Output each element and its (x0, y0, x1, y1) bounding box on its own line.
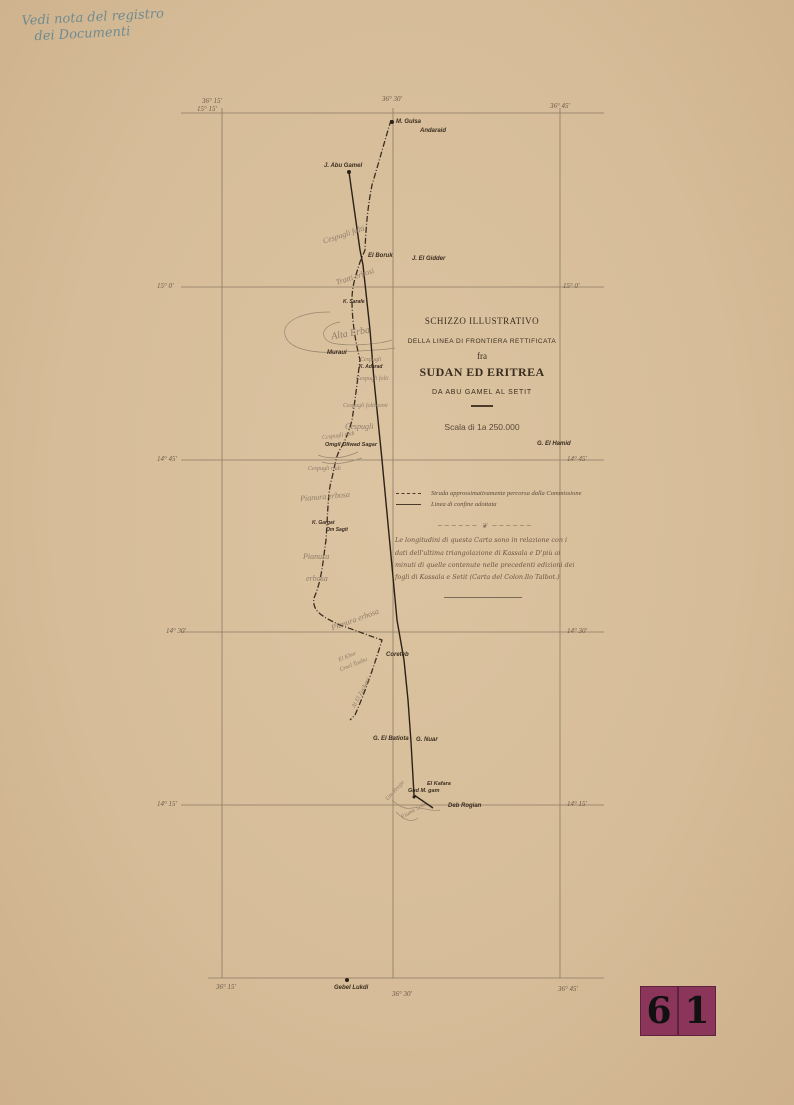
title-rule (471, 405, 493, 407)
lat-label-4-right: 14° 30' (567, 627, 587, 635)
title-line-4: SUDAN ED ERITREA (394, 365, 570, 380)
legend-label-boundary: Linea di confine adottata (431, 501, 497, 508)
terrain-pianura: Pianura (303, 552, 329, 561)
place-coreteb: Coreteb (386, 652, 409, 658)
title-line-2: DELLA LINEA DI FRONTIERA RETTIFICATA (394, 338, 570, 345)
stamp-digit-2: 1 (678, 986, 716, 1036)
terrain-cespugli-2: Cespugli (345, 422, 373, 431)
place-gud-m-gam: Gud M. gam (408, 788, 439, 794)
legend-item-route: Strada approssimativamente percorsa dall… (396, 490, 581, 497)
lat-label-5-left: 14° 15' (157, 800, 177, 808)
longitude-note: ~~~~~~ ❦ ~~~~~~ Le longitudini di questa… (395, 520, 575, 583)
lat-label-4-left: 14° 30' (166, 627, 186, 635)
solid-line-swatch (396, 504, 421, 505)
lat-label-3-right: 14° 45' (567, 455, 587, 463)
place-el-kafara: El Kafara (427, 781, 451, 787)
lat-label-1: 15° 15' (197, 105, 217, 113)
place-om-wad-sagar: Omgil Ollwad Sagar (325, 442, 377, 448)
stamp-digit-1: 6 (640, 986, 678, 1036)
note-rule (444, 597, 522, 598)
place-deb-rogian: Deb Rogian (448, 803, 481, 809)
dashed-line-swatch (396, 493, 421, 494)
lon-label-top-3: 36° 45' (550, 102, 570, 110)
place-el-gidder: J. El Gidder (412, 256, 445, 262)
title-line-3: fra (394, 351, 570, 361)
place-gebel-lukdi: Gebel Lukdi (334, 985, 368, 991)
lat-label-2-left: 15° 0' (157, 282, 174, 290)
commission-route (314, 120, 391, 720)
terrain-cespugli-1: Cespugli (360, 357, 381, 363)
title-block: SCHIZZO ILLUSTRATIVO DELLA LINEA DI FRON… (394, 316, 570, 432)
ornament-divider: ~~~~~~ ❦ ~~~~~~ (395, 520, 575, 532)
terrain-cespugli-foltissimi: Cespugli foltissimi (343, 403, 388, 409)
map-scale: Scala di 1a 250.000 (394, 422, 570, 432)
place-andaraid: Andaraid (420, 128, 446, 134)
legend-item-boundary: Linea di confine adottata (396, 501, 497, 508)
place-om-sagit: Om Sagit (326, 527, 348, 533)
title-line-5: DA ABU GAMEL AL SETIT (394, 389, 570, 396)
lon-label-bottom-2: 36° 30' (392, 990, 412, 998)
place-el-batiota: G. El Batiota (373, 736, 409, 742)
place-m-gulsa: M. Gulsa (396, 119, 421, 125)
place-k-adarad: K. Adarad (359, 364, 382, 370)
terrain-cespugli-radi-2: Cespugli radi (308, 466, 341, 472)
archive-stamp: 6 1 (640, 986, 716, 1034)
lat-label-5-right: 14° 15' (567, 800, 587, 808)
legend-label-route: Strada approssimativamente percorsa dall… (431, 490, 581, 497)
place-k-sarafe: K. Sarafe (343, 299, 365, 305)
place-el-boruk: El Boruk (368, 253, 393, 259)
place-abu-gamel: J. Abu Gamel (324, 163, 362, 169)
lat-label-2-right: 15° 0' (563, 282, 580, 290)
title-line-1: SCHIZZO ILLUSTRATIVO (394, 316, 570, 326)
place-g-nuar: G. Nuar (416, 737, 438, 743)
lon-label-bottom-3: 36° 45' (558, 985, 578, 993)
place-k-gargat: K. Gargat (312, 520, 335, 526)
place-el-hamid: G. El Hamid (537, 441, 571, 447)
place-muraui: Muraui (327, 350, 347, 356)
terrain-cespugli-folti-2: Cespugli folti (356, 376, 389, 382)
terrain-erbosa: erbosa (306, 574, 328, 583)
lat-label-3-left: 14° 45' (157, 455, 177, 463)
longitude-note-body: Le longitudini di questa Carta sono in r… (395, 534, 575, 583)
lon-label-top-1: 36° 15' (202, 97, 222, 105)
lon-label-top-2: 36° 30' (382, 95, 402, 103)
lon-label-bottom-1: 36° 15' (216, 983, 236, 991)
